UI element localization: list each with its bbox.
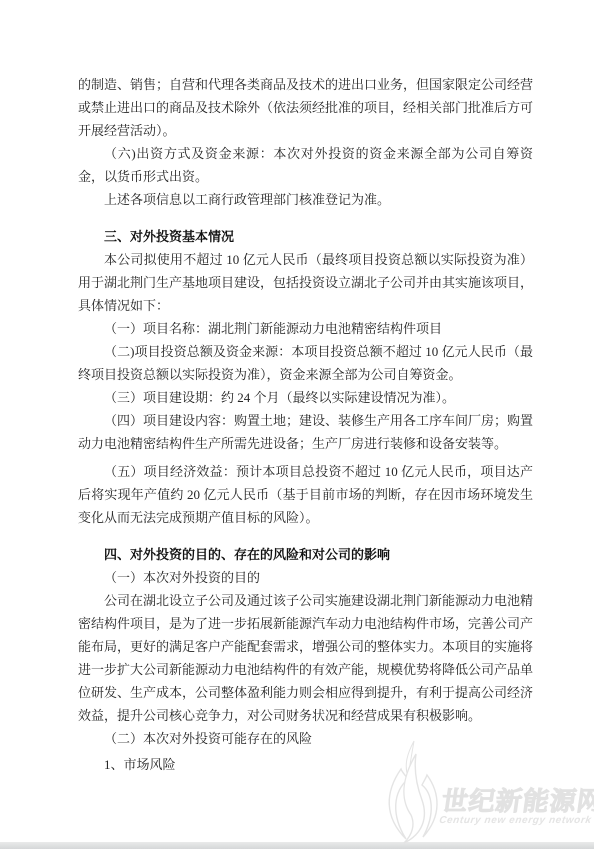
paragraph: （二)项目投资总额及资金来源：本项目投资总额不超过 10 亿元人民币（最终项目投… [78,340,533,386]
section-heading: 四、对外投资的目的、存在的风险和对公司的影响 [78,543,533,566]
paragraph: （五）项目经济效益：预计本项目总投资不超过 10 亿元人民币，项目达产后将实现年… [78,460,533,529]
paragraph: 上述各项信息以工商行政管理部门核准登记为准。 [78,188,533,211]
watermark-title-cn: 世纪新能源网 [440,788,594,815]
paragraph: （二）本次对外投资可能存在的风险 [78,727,533,750]
paragraph: （一）项目名称：湖北荆门新能源动力电池精密结构件项目 [78,317,533,340]
paragraph: （一）本次对外投资的目的 [78,566,533,589]
paragraph: 的制造、销售；自营和代理各类商品及技术的进出口业务，但国家限定公司经营或禁止进出… [78,73,533,142]
section-heading: 三、对外投资基本情况 [78,225,533,248]
watermark-subtitle-en: Century new energy network [438,815,594,827]
paragraph: （三）项目建设期：约 24 个月（最终以实际建设情况为准）。 [78,386,533,409]
paragraph: 本公司拟使用不超过 10 亿元人民币（最终项目投资总额以实际投资为准）用于湖北荆… [78,248,533,317]
watermark-text: 世纪新能源网 Century new energy network [438,788,594,827]
page-bottom-edge [0,842,594,849]
document-page: 的制造、销售；自营和代理各类商品及技术的进出口业务，但国家限定公司经营或禁止进出… [0,0,594,849]
paragraph: 公司在湖北设立子公司及通过该子公司实施建设湖北荆门新能源动力电池精密结构件项目，… [78,589,533,727]
paragraph: 1、市场风险 [78,753,533,776]
paragraph: （四）项目建设内容：购置土地；建设、装修生产用各工序车间厂房；购置动力电池精密结… [78,409,533,455]
document-body: 的制造、销售；自营和代理各类商品及技术的进出口业务，但国家限定公司经营或禁止进出… [78,73,533,776]
paragraph: （六)出资方式及资金来源：本次对外投资的资金来源全部为公司自筹资金，以货币形式出… [78,142,533,188]
